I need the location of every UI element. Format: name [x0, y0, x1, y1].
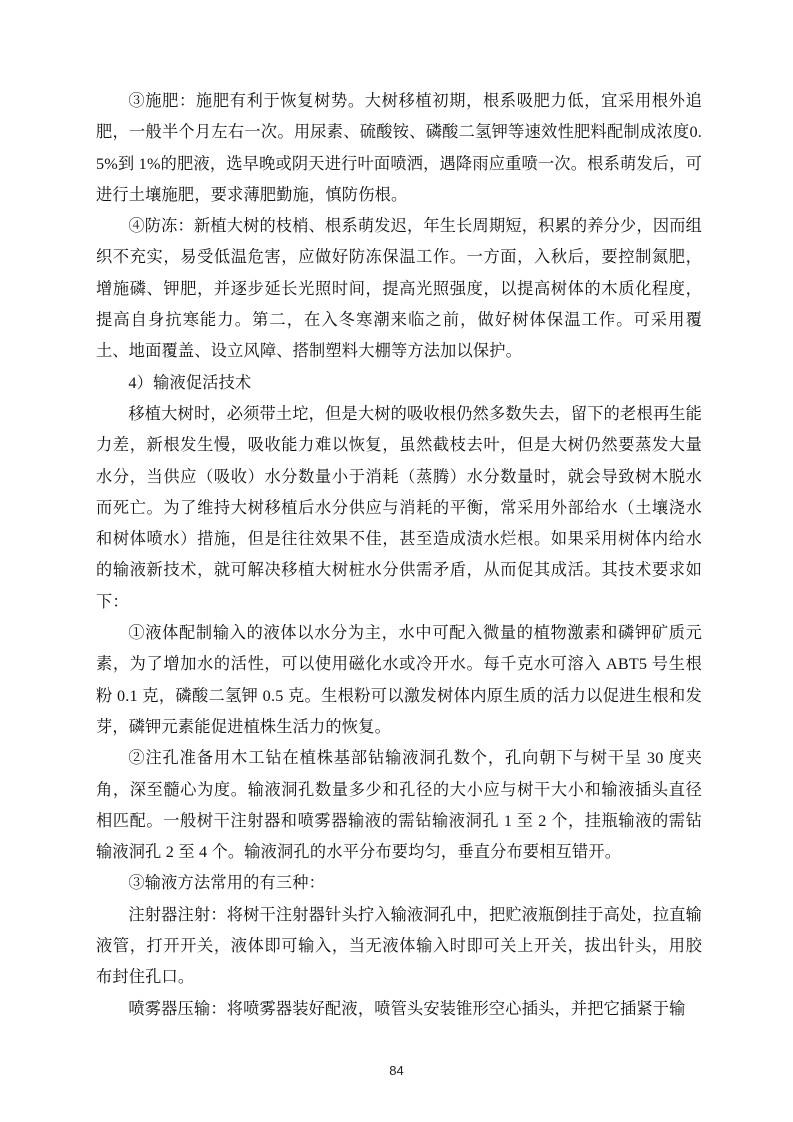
section-heading-infusion-technique: 4）输液促活技术: [96, 368, 702, 399]
document-page: ③施肥：施肥有利于恢复树势。大树移植初期，根系吸肥力低，宜采用根外追肥，一般半个…: [0, 0, 793, 1122]
paragraph-infusion-intro: 移植大树时，必须带土坨，但是大树的吸收根仍然多数失去，留下的老根再生能力差，新根…: [96, 399, 702, 618]
paragraph-frost-protection: ④防冻：新植大树的枝梢、根系萌发迟，年生长周期短，积累的养分少，因而组织不充实，…: [96, 211, 702, 367]
paragraph-sprayer-infusion: 喷雾器压输：将喷雾器装好配液，喷管头安装锥形空心插头，并把它插紧于输: [96, 994, 702, 1025]
paragraph-infusion-methods: ③输液方法常用的有三种：: [96, 868, 702, 899]
document-body: ③施肥：施肥有利于恢复树势。大树移植初期，根系吸肥力低，宜采用根外追肥，一般半个…: [96, 86, 702, 1025]
paragraph-liquid-preparation: ①液体配制输入的液体以水分为主，水中可配入微量的植物激素和磷钾矿质元素，为了增加…: [96, 618, 702, 743]
paragraph-fertilization: ③施肥：施肥有利于恢复树势。大树移植初期，根系吸肥力低，宜采用根外追肥，一般半个…: [96, 86, 702, 211]
paragraph-syringe-injection: 注射器注射：将树干注射器针头拧入输液洞孔中，把贮液瓶倒挂于高处，拉直输液管，打开…: [96, 900, 702, 994]
paragraph-hole-preparation: ②注孔准备用木工钻在植株基部钻输液洞孔数个，孔向朝下与树干呈 30 度夹角，深至…: [96, 743, 702, 868]
page-number: 84: [0, 1063, 793, 1078]
